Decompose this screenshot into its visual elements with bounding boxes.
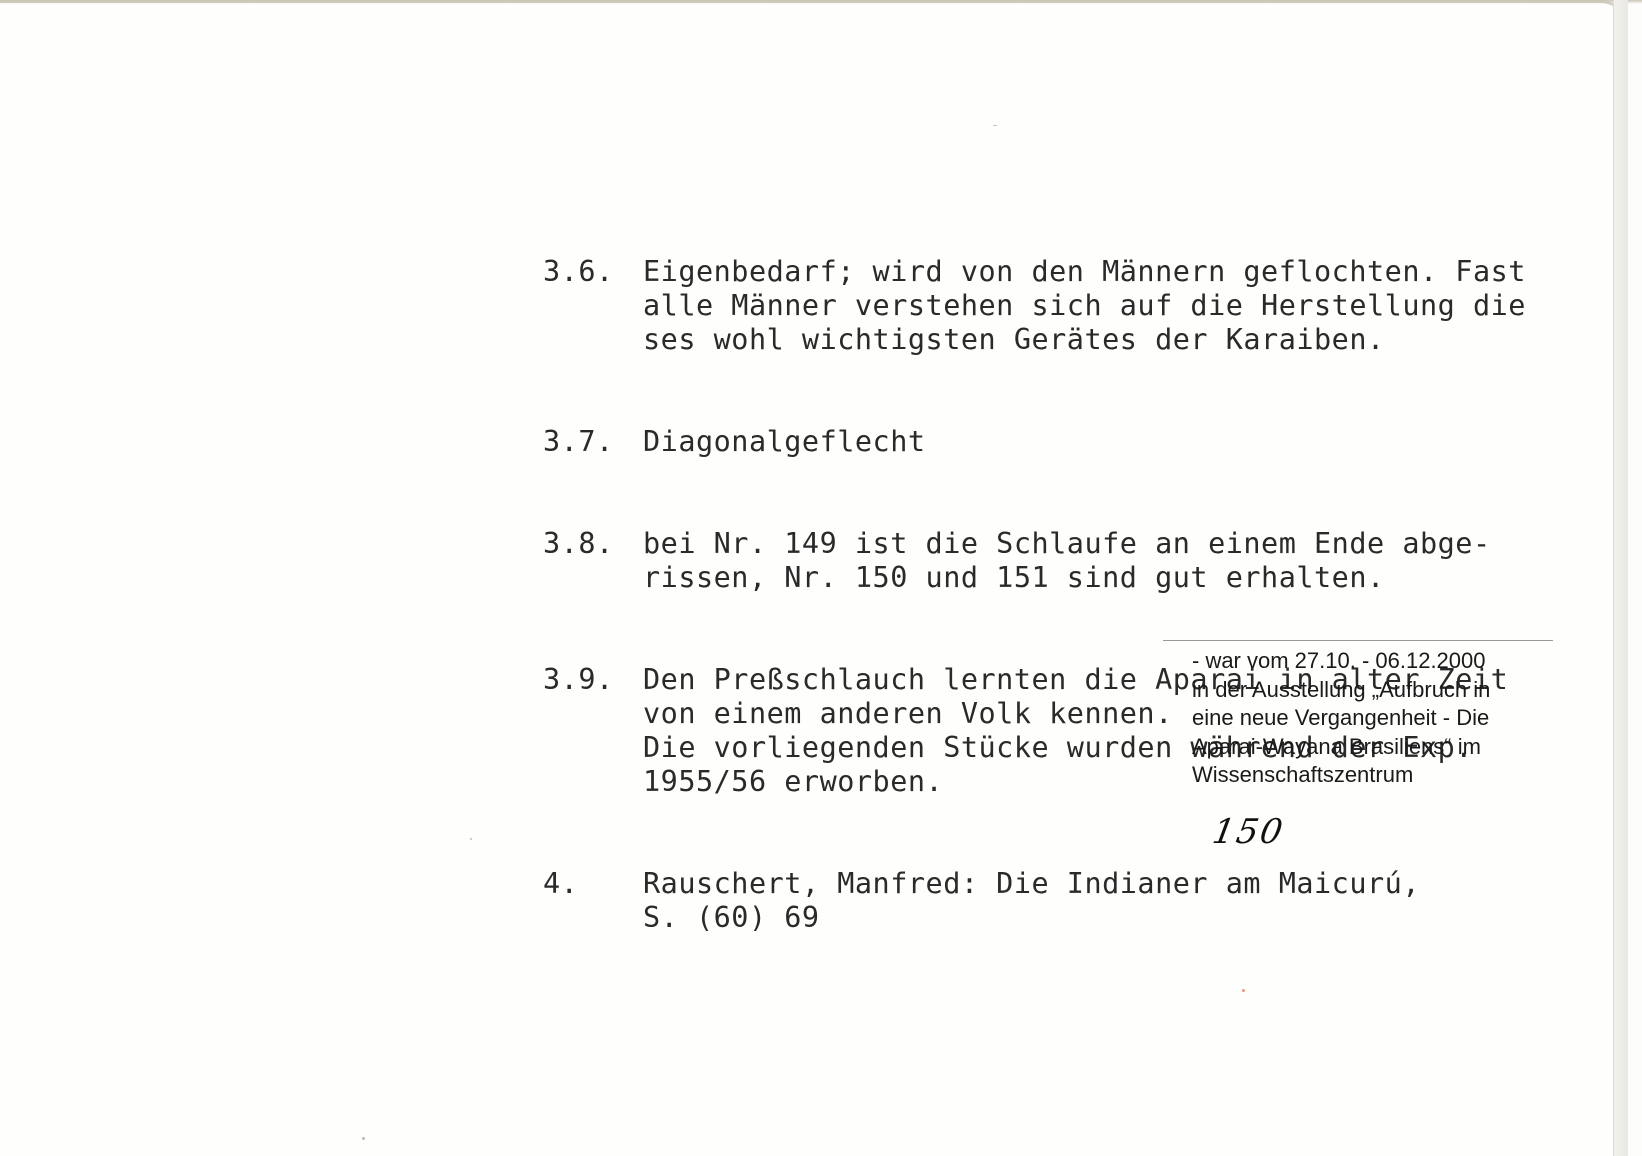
- label-line: - war vom 27.10. - 06.12.2000: [1192, 647, 1553, 676]
- entry-number: 3.6.: [543, 255, 643, 357]
- label-line: Aparai-Wayana Brasiliens“ im: [1192, 733, 1553, 762]
- entry-number: 3.9.: [543, 663, 643, 799]
- card-edge: [1613, 0, 1628, 1156]
- handwritten-number: 150: [1209, 812, 1287, 852]
- entry-number: 3.7.: [543, 425, 643, 459]
- entry-line: rissen, Nr. 150 und 151 sind gut erhalte…: [643, 561, 1491, 595]
- entry-line: ses wohl wichtigsten Gerätes der Karaibe…: [643, 323, 1526, 357]
- catalog-card: 3.6. Eigenbedarf; wird von den Männern g…: [0, 0, 1628, 1156]
- entry-line: Rauschert, Manfred: Die Indianer am Maic…: [643, 867, 1420, 901]
- entry-line: bei Nr. 149 ist die Schlaufe an einem En…: [643, 527, 1491, 561]
- scan-speck: [470, 838, 472, 840]
- entry-number: 4.: [543, 867, 643, 935]
- scan-speck: [362, 1137, 365, 1140]
- label-line: eine neue Vergangenheit - Die: [1192, 704, 1553, 733]
- entry-4: 4. Rauschert, Manfred: Die Indianer am M…: [543, 867, 1526, 935]
- entry-3-8: 3.8. bei Nr. 149 ist die Schlaufe an ein…: [543, 527, 1526, 595]
- label-line: Wissenschaftszentrum: [1192, 761, 1553, 790]
- entry-line: alle Männer verstehen sich auf die Herst…: [643, 289, 1526, 323]
- entry-3-6: 3.6. Eigenbedarf; wird von den Männern g…: [543, 255, 1526, 357]
- scan-speck: [993, 125, 997, 126]
- typewritten-text: 3.6. Eigenbedarf; wird von den Männern g…: [543, 187, 1526, 1003]
- entry-line: S. (60) 69: [643, 901, 1420, 935]
- entry-3-7: 3.7. Diagonalgeflecht: [543, 425, 1526, 459]
- entry-line: Eigenbedarf; wird von den Männern gefloc…: [643, 255, 1526, 289]
- entry-number: 3.8.: [543, 527, 643, 595]
- label-line: in der Ausstellung „Aufbruch in: [1192, 676, 1553, 705]
- exhibition-label: - war vom 27.10. - 06.12.2000 in der Aus…: [1163, 640, 1553, 790]
- scan-speck: [1242, 989, 1245, 992]
- entry-line: Diagonalgeflecht: [643, 425, 926, 459]
- scan-shadow: [0, 0, 1642, 4]
